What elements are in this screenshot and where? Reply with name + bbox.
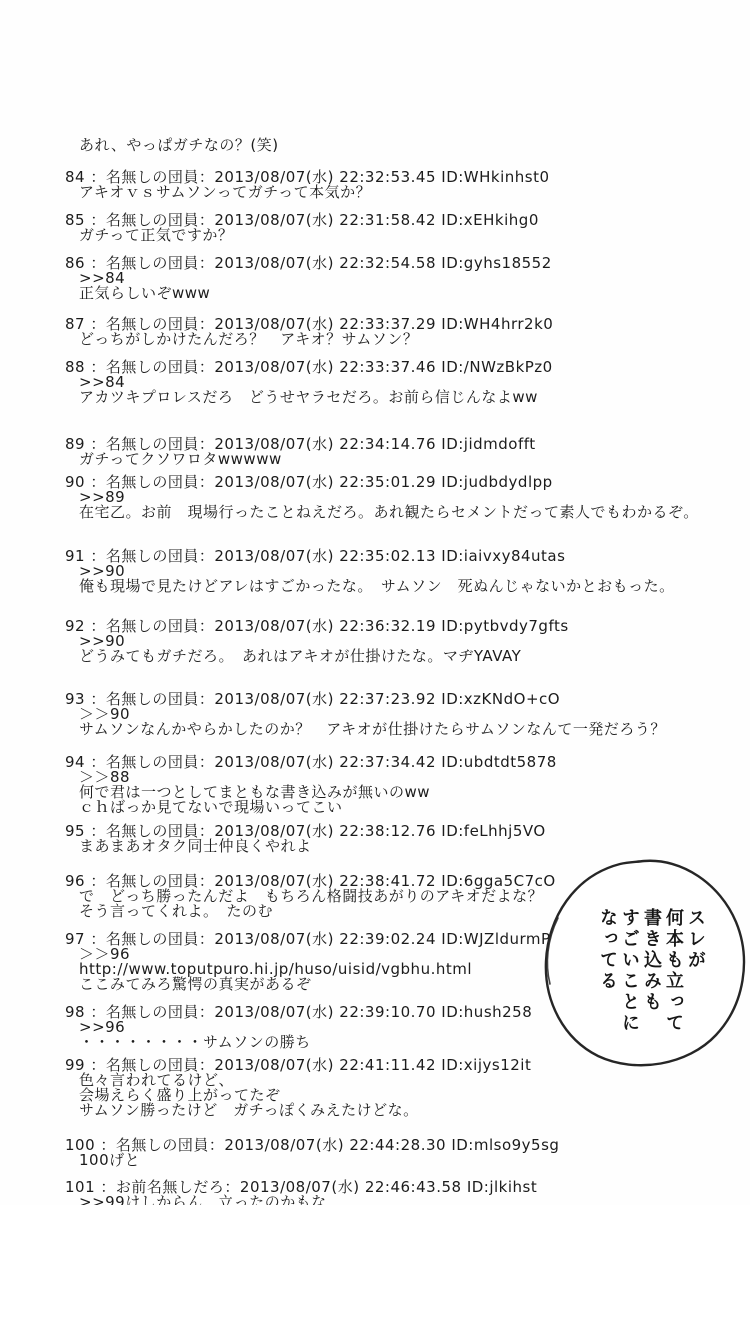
post: 94 ：名無しの団員：2013/08/07(水) 22:37:34.42 ID:… bbox=[65, 755, 725, 815]
post: 87 ：名無しの団員：2013/08/07(水) 22:33:37.29 ID:… bbox=[65, 317, 725, 347]
post-line: 正気らしいぞwww bbox=[79, 286, 725, 301]
post: 86 ：名無しの団員：2013/08/07(水) 22:32:54.58 ID:… bbox=[65, 256, 725, 301]
post-body: >>90どうみてもガチだろ。 あれはアキオが仕掛けたな。マヂYAVAY bbox=[65, 634, 725, 664]
post-line: 100げと bbox=[79, 1153, 725, 1168]
post-header: 86 ：名無しの団員：2013/08/07(水) 22:32:54.58 ID:… bbox=[65, 256, 725, 271]
post-line: サムソン勝ったけど ガチっぽくみえたけどな。 bbox=[79, 1103, 725, 1118]
post-body: ＞＞90サムソンなんかやらかしたのか？ アキオが仕掛けたらサムソンなんて一発だろ… bbox=[65, 707, 725, 737]
post-header: 100 ：名無しの団員：2013/08/07(水) 22:44:28.30 ID… bbox=[65, 1138, 725, 1153]
post-header: 92 ：名無しの団員：2013/08/07(水) 22:36:32.19 ID:… bbox=[65, 619, 725, 634]
post-line: 俺も現場で見たけどアレはすごかったな。 サムソン 死ぬんじゃないかとおもった。 bbox=[79, 579, 725, 594]
bubble-line: すごいことに bbox=[618, 908, 640, 1054]
post: 90 ：名無しの団員：2013/08/07(水) 22:35:01.29 ID:… bbox=[65, 475, 725, 520]
post-header: 90 ：名無しの団員：2013/08/07(水) 22:35:01.29 ID:… bbox=[65, 475, 725, 490]
bubble-line: 書き込みも bbox=[640, 908, 662, 1054]
post-line: >>99けしからん 立ったのかもな bbox=[79, 1195, 725, 1205]
post: 91 ：名無しの団員：2013/08/07(水) 22:35:02.13 ID:… bbox=[65, 549, 725, 594]
post: 101 ：お前名無しだろ：2013/08/07(水) 22:46:43.58 I… bbox=[65, 1180, 725, 1205]
post-line: どうみてもガチだろ。 あれはアキオが仕掛けたな。マヂYAVAY bbox=[79, 649, 725, 664]
post-body: アキオｖｓサムソンってガチって本気か？ bbox=[65, 185, 725, 200]
post-line: 在宅乙。お前 現場行ったことねえだろ。あれ観たらセメントだって素人でもわかるぞ。 bbox=[79, 505, 725, 520]
bubble-line: スレが bbox=[684, 908, 706, 1054]
post-line: どっちがしかけたんだろ？ アキオ？サムソン？ bbox=[79, 332, 725, 347]
opener-line: あれ、やっぱガチなの？(笑) bbox=[79, 138, 725, 153]
post-body: ガチって正気ですか？ bbox=[65, 228, 725, 243]
speech-bubble-text: スレが何本も立って書き込みもすごいことになってる bbox=[588, 908, 706, 1054]
post: 92 ：名無しの団員：2013/08/07(水) 22:36:32.19 ID:… bbox=[65, 619, 725, 664]
bubble-line: なってる bbox=[596, 908, 618, 1054]
post-body: ＞＞88何で君は一つとしてまともな書き込みが無いのwwｃｈばっか見てないで現場い… bbox=[65, 770, 725, 815]
post-line: まあまあオタク同士仲良くやれよ bbox=[79, 839, 725, 854]
post: 85 ：名無しの団員：2013/08/07(水) 22:31:58.42 ID:… bbox=[65, 213, 725, 243]
post: 100 ：名無しの団員：2013/08/07(水) 22:44:28.30 ID… bbox=[65, 1138, 725, 1168]
post-body: どっちがしかけたんだろ？ アキオ？サムソン？ bbox=[65, 332, 725, 347]
speech-bubble: スレが何本も立って書き込みもすごいことになってる bbox=[540, 856, 750, 1071]
post-header: 94 ：名無しの団員：2013/08/07(水) 22:37:34.42 ID:… bbox=[65, 755, 725, 770]
post-body: >>99けしからん 立ったのかもな bbox=[65, 1195, 725, 1205]
post-line: サムソンなんかやらかしたのか？ アキオが仕掛けたらサムソンなんて一発だろう？ bbox=[79, 722, 725, 737]
scanned-thread-panel: あれ、やっぱガチなの？(笑) 84 ：名無しの団員：2013/08/07(水) … bbox=[0, 0, 750, 1205]
post: 95 ：名無しの団員：2013/08/07(水) 22:38:12.76 ID:… bbox=[65, 824, 725, 854]
post-body: ガチってクソワロタwwwww bbox=[65, 452, 725, 467]
manga-page: あれ、やっぱガチなの？(笑) 84 ：名無しの団員：2013/08/07(水) … bbox=[0, 0, 750, 1334]
post-body: まあまあオタク同士仲良くやれよ bbox=[65, 839, 725, 854]
post-body: >>90俺も現場で見たけどアレはすごかったな。 サムソン 死ぬんじゃないかとおも… bbox=[65, 564, 725, 594]
post-header: 91 ：名無しの団員：2013/08/07(水) 22:35:02.13 ID:… bbox=[65, 549, 725, 564]
post-body: >>84正気らしいぞwww bbox=[65, 271, 725, 301]
post: 93 ：名無しの団員：2013/08/07(水) 22:37:23.92 ID:… bbox=[65, 692, 725, 737]
post-body: 色々言われてるけど、会場えらく盛り上がってたぞサムソン勝ったけど ガチっぽくみえ… bbox=[65, 1073, 725, 1118]
post-body: >>89在宅乙。お前 現場行ったことねえだろ。あれ観たらセメントだって素人でもわ… bbox=[65, 490, 725, 520]
post-header: 93 ：名無しの団員：2013/08/07(水) 22:37:23.92 ID:… bbox=[65, 692, 725, 707]
post: 84 ：名無しの団員：2013/08/07(水) 22:32:53.45 ID:… bbox=[65, 170, 725, 200]
post-line: ガチって正気ですか？ bbox=[79, 228, 725, 243]
post-header: 88 ：名無しの団員：2013/08/07(水) 22:33:37.46 ID:… bbox=[65, 360, 725, 375]
post-body: 100げと bbox=[65, 1153, 725, 1168]
post-line: アキオｖｓサムソンってガチって本気か？ bbox=[79, 185, 725, 200]
post-line: ガチってクソワロタwwwww bbox=[79, 452, 725, 467]
bubble-line: 何本も立って bbox=[662, 908, 684, 1054]
post-line: アカツキプロレスだろ どうせヤラセだろ。お前ら信じんなよww bbox=[79, 390, 725, 405]
post: 88 ：名無しの団員：2013/08/07(水) 22:33:37.46 ID:… bbox=[65, 360, 725, 405]
post: 89 ：名無しの団員：2013/08/07(水) 22:34:14.76 ID:… bbox=[65, 437, 725, 467]
post-body: >>84アカツキプロレスだろ どうせヤラセだろ。お前ら信じんなよww bbox=[65, 375, 725, 405]
post-line: ｃｈばっか見てないで現場いってこい bbox=[79, 800, 725, 815]
